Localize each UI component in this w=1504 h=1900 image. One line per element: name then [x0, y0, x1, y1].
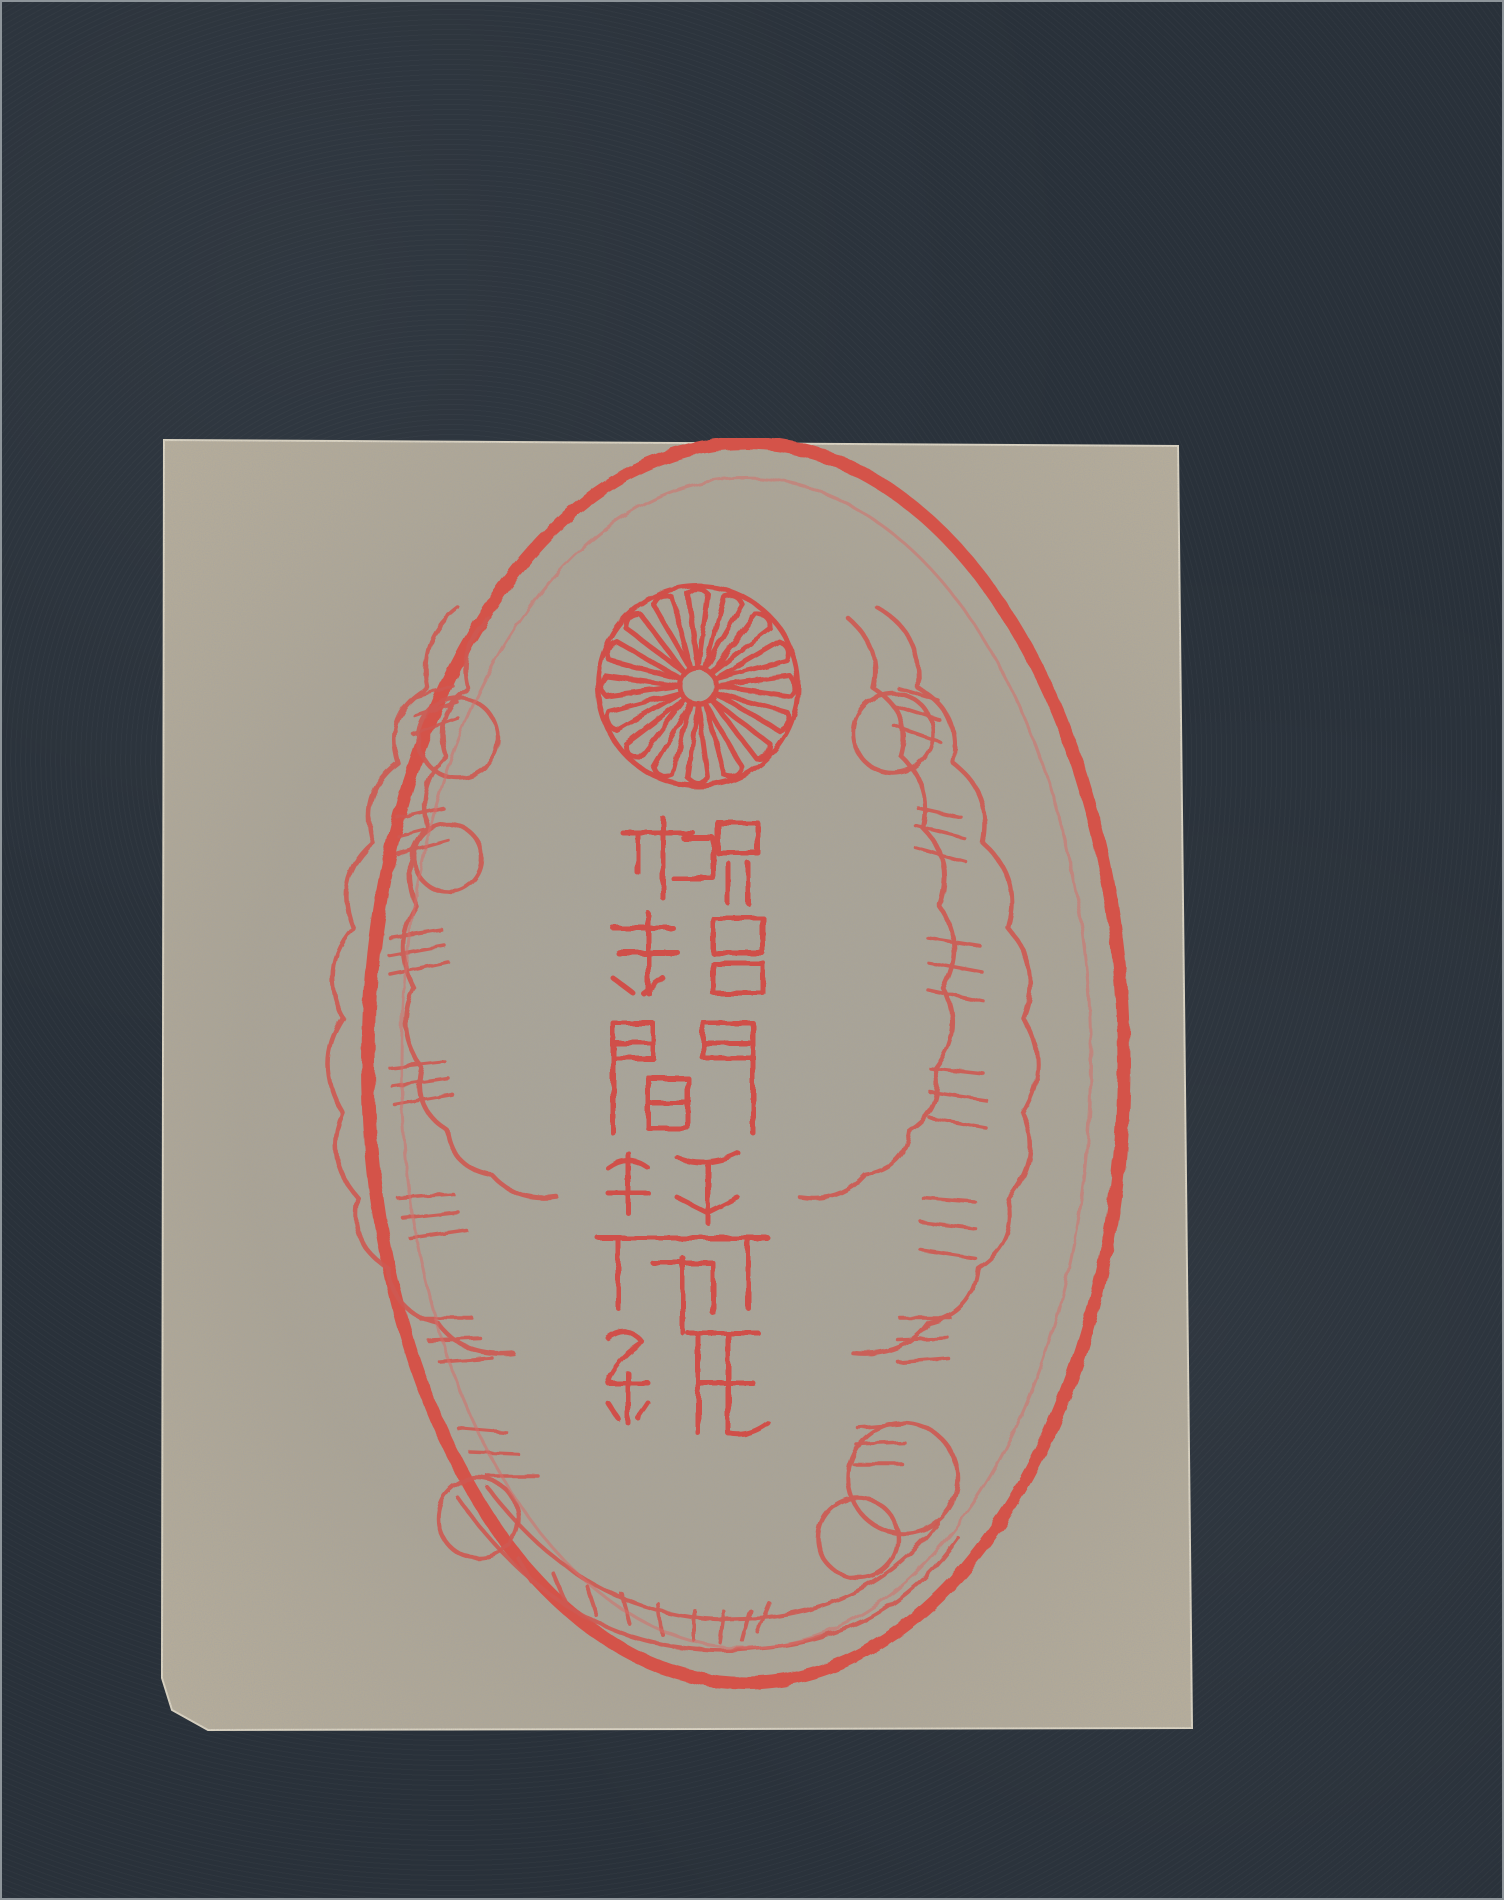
stamp: [158, 438, 1198, 1734]
